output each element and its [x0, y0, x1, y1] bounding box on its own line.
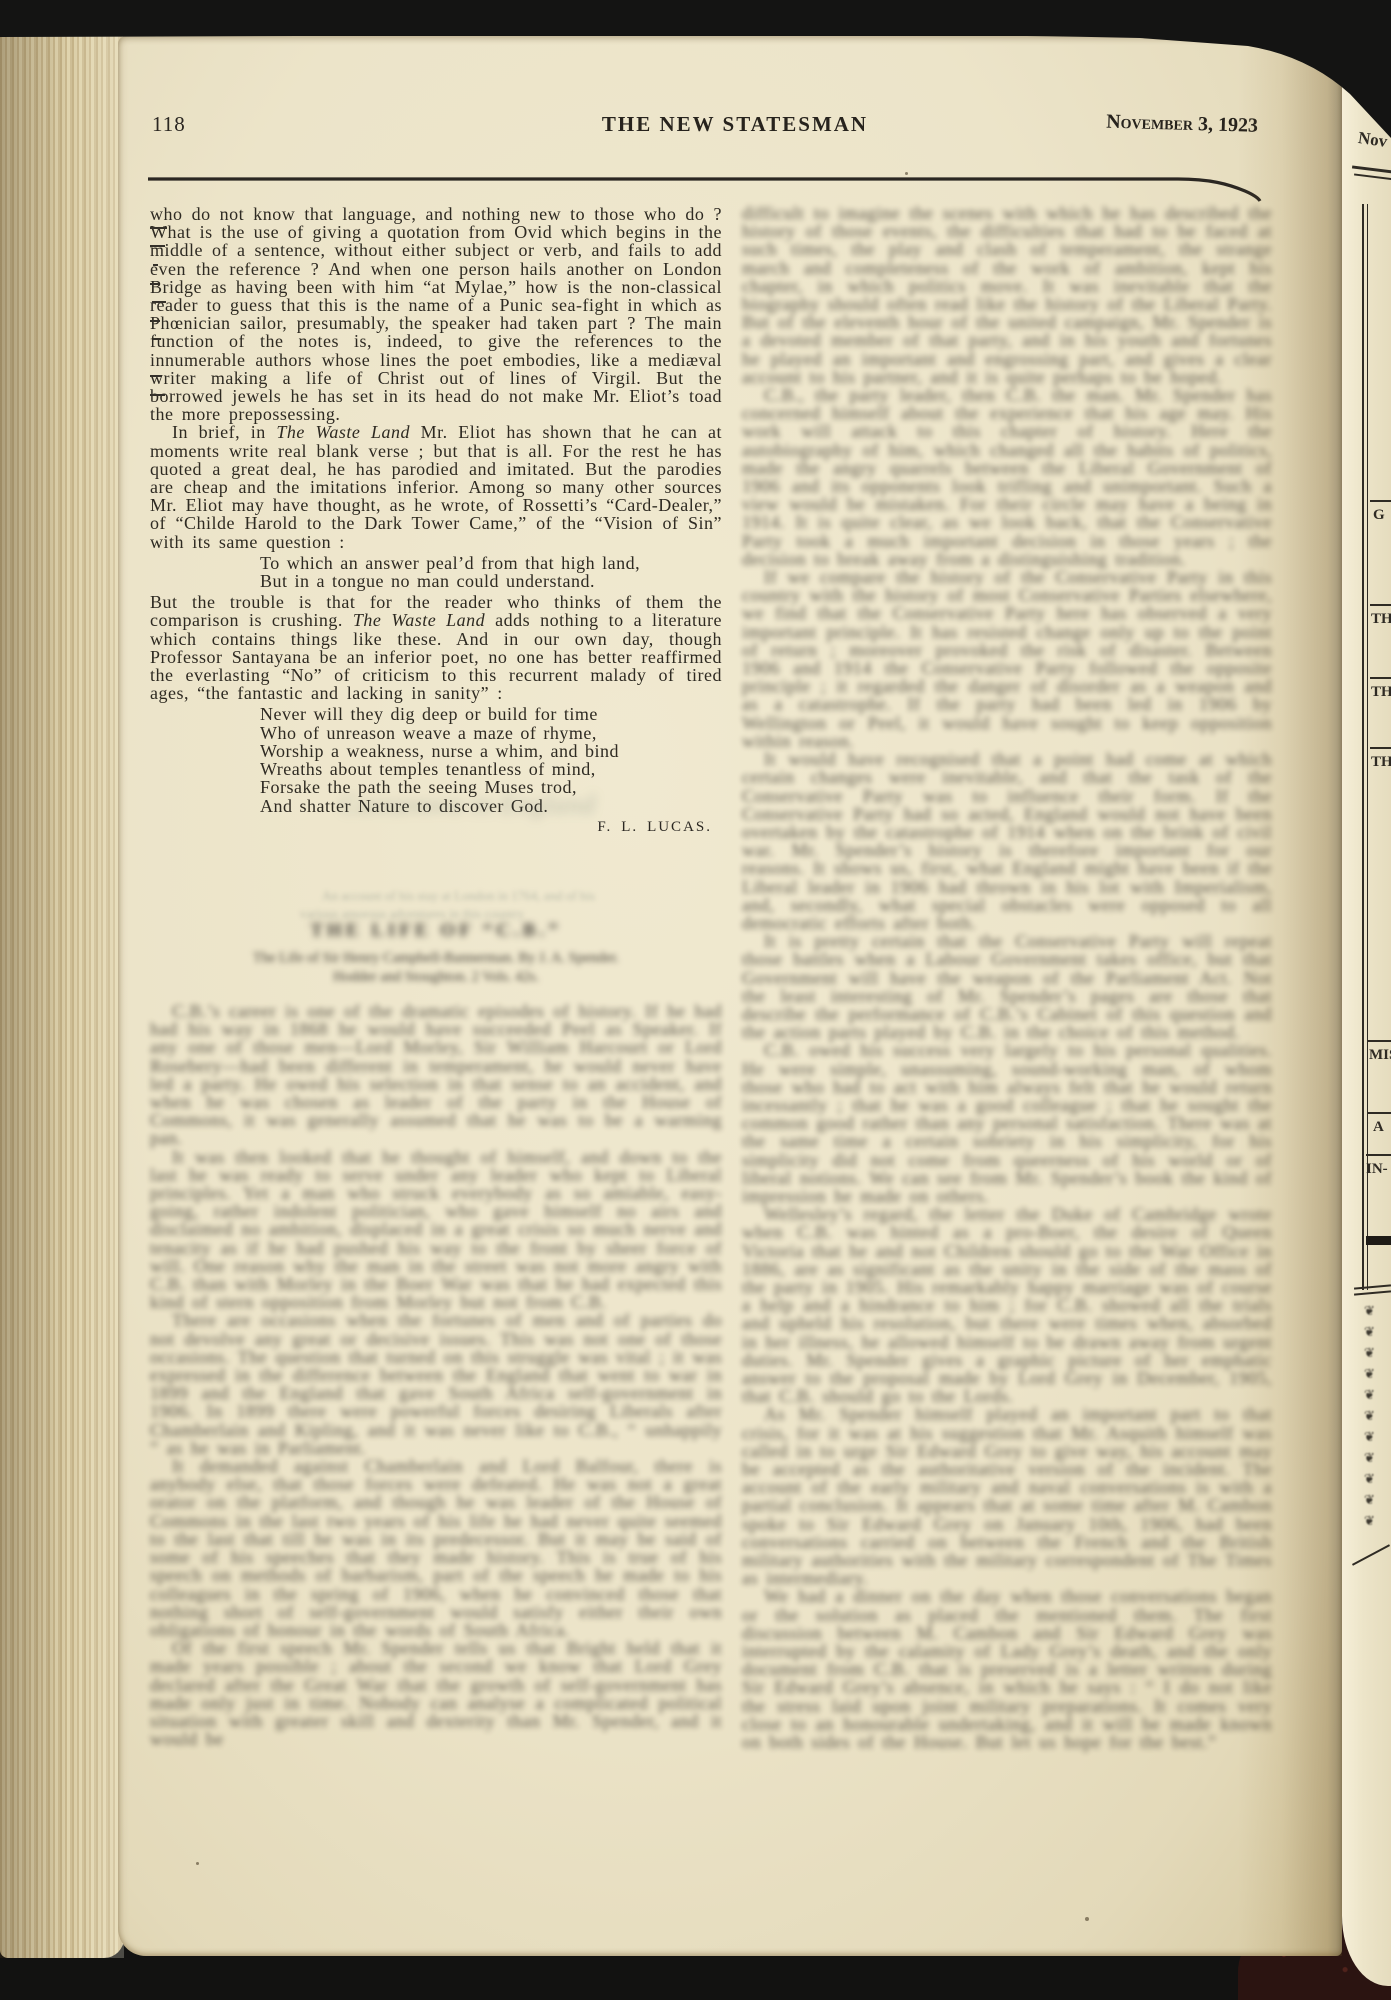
- paper-speck: [196, 1862, 199, 1865]
- bleedthrough-title: Cassanova in England: [340, 790, 595, 820]
- blurred-paragraph: C.B., the party leader, then C.B. the ma…: [742, 386, 1272, 568]
- article-paragraph: But the trouble is that for the reader w…: [150, 593, 722, 702]
- paper-speck: [1085, 1917, 1089, 1921]
- ink-mark: [150, 394, 165, 396]
- ink-mark: [152, 301, 166, 303]
- blurred-paragraph: There are occasions when the fortunes of…: [150, 1311, 722, 1457]
- bleedthrough-line: various amorous adventures in this count…: [300, 906, 524, 922]
- ink-mark: [150, 283, 159, 285]
- ink-mark: [153, 338, 161, 340]
- journal-masthead: THE NEW STATESMAN: [600, 112, 870, 137]
- ink-mark: [150, 227, 167, 229]
- blurred-paragraph: As Mr. Spender himself played an importa…: [742, 1405, 1272, 1587]
- verse-line: But in a tongue no man could understand.: [260, 572, 722, 590]
- verse-line: Never will they dig deep or build for ti…: [260, 705, 722, 723]
- ink-mark: [153, 264, 158, 266]
- bleedthrough-line: An account of his stay at London in 1764…: [322, 888, 595, 904]
- blurred-right-column-text: difficult to imagine the scenes with whi…: [742, 204, 1272, 1794]
- reviewer-signature: F. L. LUCAS.: [150, 818, 722, 836]
- blurred-left-column-text: C.B.’s career is one of the dramatic epi…: [150, 1002, 722, 1794]
- blurred-section-heading: THE LIFE OF “C.B.”: [150, 920, 722, 942]
- book-scan-photo: Nov G TH TH TH MIS A IN- ❦❦❦❦❦❦❦❦❦❦❦ 118…: [0, 0, 1391, 2000]
- verse-line: Wreaths about temples tenantless of mind…: [260, 760, 722, 778]
- article-paragraph: who do not know that language, and nothi…: [150, 205, 722, 423]
- blurred-book-citation: Hodder and Stoughton. 2 Vols. 42s.: [150, 969, 722, 986]
- blurred-paragraph: We had a dinner on the day when those co…: [742, 1587, 1272, 1751]
- verse-line: Worship a weakness, nurse a whim, and bi…: [260, 742, 722, 760]
- blurred-paragraph: If we compare the history of the Conserv…: [742, 568, 1272, 750]
- ink-mark: [150, 375, 162, 377]
- blurred-paragraph: Of the first speech Mr. Spender tells us…: [150, 1639, 722, 1748]
- ink-mark: [150, 245, 165, 247]
- blurred-paragraph: Wellesley’s regard, the letter the Duke …: [742, 1205, 1272, 1405]
- paper-speck: [905, 172, 908, 175]
- blurred-paragraph: C.B.’s career is one of the dramatic epi…: [150, 1002, 722, 1148]
- verse-line: To which an answer peal’d from that high…: [260, 554, 722, 572]
- verse-line: Who of unreason weave a maze of rhyme,: [260, 724, 722, 742]
- blurred-paragraph: It was then looked that he thought of hi…: [150, 1148, 722, 1312]
- blurred-paragraph: It is pretty certain that the Conservati…: [742, 932, 1272, 1041]
- issue-date: November 3, 1923: [1056, 109, 1259, 138]
- blurred-paragraph: It would have recognised that a point ha…: [742, 750, 1272, 932]
- page-number: 118: [152, 112, 186, 137]
- page-content: 118 THE NEW STATESMAN November 3, 1923 C…: [0, 0, 1391, 2000]
- blurred-paragraph: difficult to imagine the scenes with whi…: [742, 204, 1272, 386]
- blurred-paragraph: C.B. owed his success very largely to hi…: [742, 1041, 1272, 1205]
- header-rule-with-swash: [148, 176, 1263, 206]
- blurred-book-citation: The Life of Sir Henry Campbell-Bannerman…: [150, 950, 722, 967]
- article-paragraph: In brief, in The Waste Land Mr. Eliot ha…: [150, 423, 722, 550]
- blurred-paragraph: It demanded against Chamberlain and Lord…: [150, 1457, 722, 1639]
- ink-mark: [150, 320, 160, 322]
- verse-quotation: To which an answer peal’d from that high…: [260, 554, 722, 590]
- left-column-article: who do not know that language, and nothi…: [150, 205, 722, 836]
